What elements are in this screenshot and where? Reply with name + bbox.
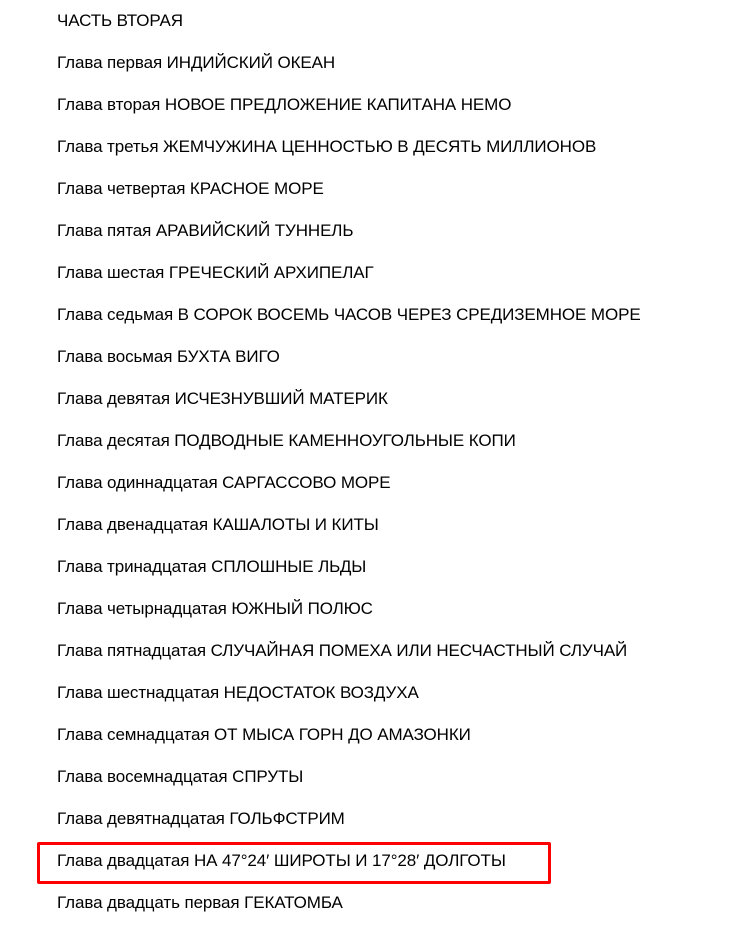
chapter-link-highlighted[interactable]: Глава двадцатая НА 47°24′ ШИРОТЫ И 17°28… [57, 849, 506, 873]
chapter-link[interactable]: Глава тринадцатая СПЛОШНЫЕ ЛЬДЫ [57, 555, 366, 579]
chapter-link[interactable]: Глава пятая АРАВИЙСКИЙ ТУННЕЛЬ [57, 219, 353, 243]
chapter-link[interactable]: Глава вторая НОВОЕ ПРЕДЛОЖЕНИЕ КАПИТАНА … [57, 93, 511, 117]
chapter-link[interactable]: Глава семнадцатая ОТ МЫСА ГОРН ДО АМАЗОН… [57, 723, 471, 747]
chapter-link[interactable]: Глава восьмая БУХТА ВИГО [57, 345, 280, 369]
chapter-link[interactable]: Глава двадцать первая ГЕКАТОМБА [57, 891, 343, 915]
chapter-link[interactable]: Глава шестая ГРЕЧЕСКИЙ АРХИПЕЛАГ [57, 261, 374, 285]
chapter-link[interactable]: Глава шестнадцатая НЕДОСТАТОК ВОЗДУХА [57, 681, 419, 705]
part-heading: ЧАСТЬ ВТОРАЯ [57, 9, 183, 33]
chapter-link[interactable]: Глава седьмая В СОРОК ВОСЕМЬ ЧАСОВ ЧЕРЕЗ… [57, 303, 641, 327]
chapter-link[interactable]: Глава девятнадцатая ГОЛЬФСТРИМ [57, 807, 345, 831]
chapter-link[interactable]: Глава четырнадцатая ЮЖНЫЙ ПОЛЮС [57, 597, 373, 621]
chapter-link[interactable]: Глава одиннадцатая САРГАССОВО МОРЕ [57, 471, 391, 495]
chapter-link[interactable]: Глава двенадцатая КАШАЛОТЫ И КИТЫ [57, 513, 379, 537]
chapter-link[interactable]: Глава третья ЖЕМЧУЖИНА ЦЕННОСТЬЮ В ДЕСЯТ… [57, 135, 596, 159]
chapter-link[interactable]: Глава восемнадцатая СПРУТЫ [57, 765, 303, 789]
chapter-link[interactable]: Глава четвертая КРАСНОЕ МОРЕ [57, 177, 324, 201]
chapter-link[interactable]: Глава десятая ПОДВОДНЫЕ КАМЕННОУГОЛЬНЫЕ … [57, 429, 516, 453]
chapter-link[interactable]: Глава пятнадцатая СЛУЧАЙНАЯ ПОМЕХА ИЛИ Н… [57, 639, 627, 663]
chapter-link[interactable]: Глава первая ИНДИЙСКИЙ ОКЕАН [57, 51, 335, 75]
chapter-link[interactable]: Глава девятая ИСЧЕЗНУВШИЙ МАТЕРИК [57, 387, 388, 411]
